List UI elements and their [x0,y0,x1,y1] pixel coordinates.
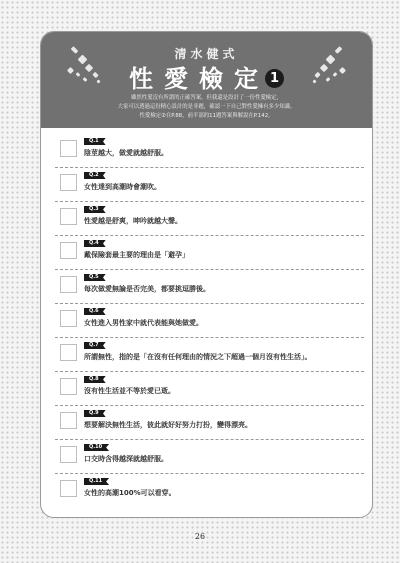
intro-line: 大家可以透過這份精心設計的是非題，確認一下自己對性愛擁有多少知識。 [41,103,372,112]
question-label: Q.11 [84,478,109,485]
quiz-card: 清水健式 性愛檢定1 雖然性愛沒有所謂的正確答案，但我還是設計了一份性愛檢定， … [40,31,373,518]
intro-line: 性愛檢定②在P.88，前半部的11題答案與解說在P.142。 [41,112,372,121]
question-text: 沒有性生活並不等於愛已逝。 [84,386,175,396]
question-text: 想要解決無性生活，彼此就好好努力打扮，變得漂亮。 [84,420,252,430]
answer-checkbox[interactable] [60,242,77,259]
quiz-title-text: 性愛檢定 [129,65,269,93]
question-item: Q.10 口交時含得越深就越舒服。 [55,440,364,474]
question-label: Q.10 [84,444,109,451]
answer-checkbox[interactable] [60,174,77,191]
quiz-header: 清水健式 性愛檢定1 雖然性愛沒有所謂的正確答案，但我還是設計了一份性愛檢定， … [41,32,372,128]
question-label: Q.8 [84,376,106,383]
question-item: Q.4 戴保險套最主要的理由是「避孕」 [55,236,364,270]
question-label: Q.7 [84,342,106,349]
question-text: 女性達到高潮時會潮吹。 [84,182,161,192]
question-text: 戴保險套最主要的理由是「避孕」 [84,250,189,260]
question-text: 每次做愛無論是否完美，都要挑逗勝後。 [84,284,210,294]
answer-checkbox[interactable] [60,310,77,327]
question-list: Q.1 陰莖越大，做愛就越舒服。 Q.2 女性達到高潮時會潮吹。 Q.3 性愛越… [41,128,372,507]
answer-checkbox[interactable] [60,140,77,157]
answer-checkbox[interactable] [60,378,77,395]
question-item: Q.7 所謂無性，指的是「在沒有任何理由的情況之下超過一個月沒有性生活」。 [55,338,364,372]
answer-checkbox[interactable] [60,480,77,497]
quiz-intro: 雖然性愛沒有所謂的正確答案，但我還是設計了一份性愛檢定， 大家可以透過這份精心設… [41,94,372,121]
question-item: Q.1 陰莖越大，做愛就越舒服。 [55,134,364,168]
question-item: Q.3 性愛越是舒爽，呻吟就越大聲。 [55,202,364,236]
question-text: 性愛越是舒爽，呻吟就越大聲。 [84,216,182,226]
question-item: Q.2 女性達到高潮時會潮吹。 [55,168,364,202]
quiz-number-badge: 1 [265,69,284,88]
question-label: Q.6 [84,308,106,315]
question-label: Q.3 [84,206,106,213]
question-text: 女性進入男性家中就代表能與她做愛。 [84,318,203,328]
question-label: Q.2 [84,172,106,179]
intro-line: 雖然性愛沒有所謂的正確答案，但我還是設計了一份性愛檢定， [41,94,372,103]
question-item: Q.11 女性的高潮100%可以看穿。 [55,474,364,507]
question-label: Q.9 [84,410,106,417]
question-item: Q.9 想要解決無性生活，彼此就好好努力打扮，變得漂亮。 [55,406,364,440]
question-label: Q.4 [84,240,106,247]
question-text: 女性的高潮100%可以看穿。 [84,488,176,498]
question-item: Q.8 沒有性生活並不等於愛已逝。 [55,372,364,406]
answer-checkbox[interactable] [60,412,77,429]
question-label: Q.5 [84,274,106,281]
answer-checkbox[interactable] [60,344,77,361]
question-text: 所謂無性，指的是「在沒有任何理由的情況之下超過一個月沒有性生活」。 [84,352,312,362]
question-text: 口交時含得越深就越舒服。 [84,454,168,464]
answer-checkbox[interactable] [60,208,77,225]
answer-checkbox[interactable] [60,276,77,293]
answer-checkbox[interactable] [60,446,77,463]
quiz-title: 性愛檢定1 [41,59,372,94]
question-item: Q.5 每次做愛無論是否完美，都要挑逗勝後。 [55,270,364,304]
page-number: 26 [0,532,400,541]
question-text: 陰莖越大，做愛就越舒服。 [84,148,168,158]
question-item: Q.6 女性進入男性家中就代表能與她做愛。 [55,304,364,338]
question-label: Q.1 [84,138,106,145]
